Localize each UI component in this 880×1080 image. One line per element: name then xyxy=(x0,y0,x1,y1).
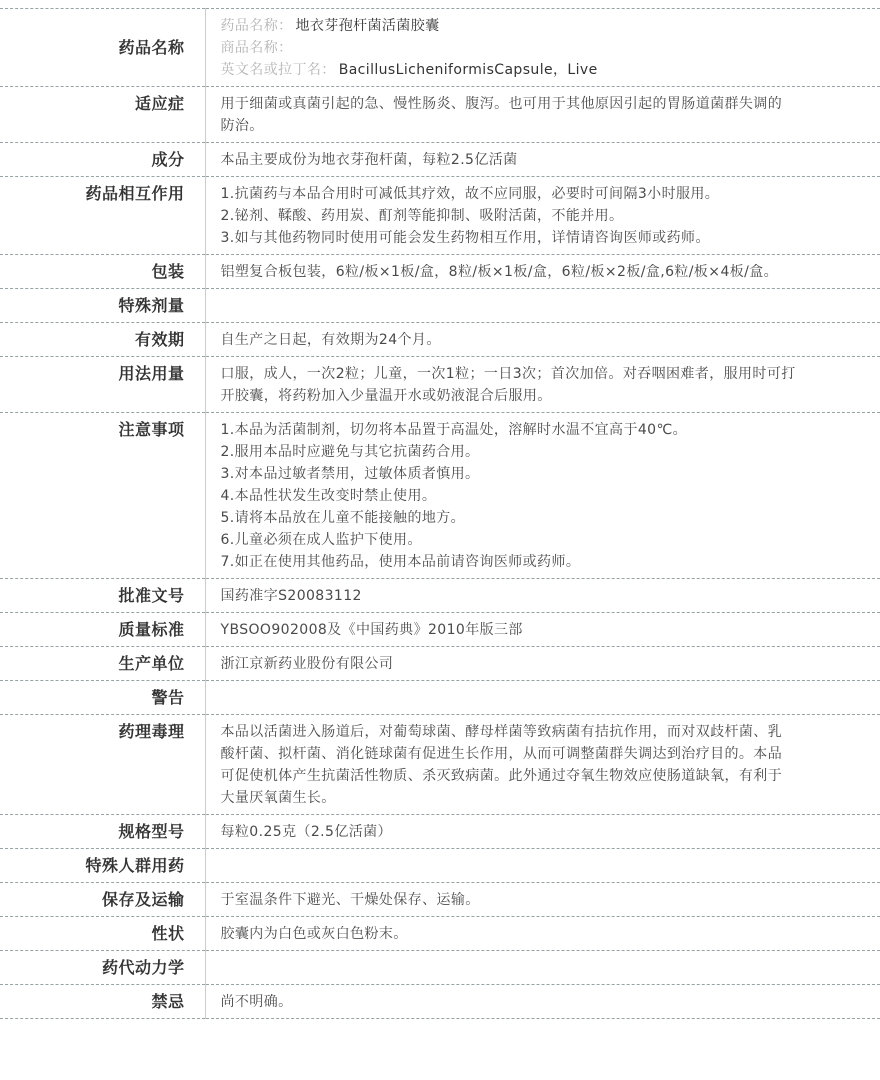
row-label: 特殊人群用药 xyxy=(0,849,205,883)
row-content: 1.本品为活菌制剂，切勿将本品置于高温处，溶解时水温不宜高于40℃。 2.服用本… xyxy=(205,413,880,579)
trade-name-field: 商品名称： xyxy=(221,37,797,59)
row-label: 质量标准 xyxy=(0,613,205,647)
table-row-packaging: 包装 铝塑复合板包装，6粒/板×1板/盒，8粒/板×1板/盒，6粒/板×2板/盒… xyxy=(0,255,880,289)
row-content: YBSOO902008及《中国药典》2010年版三部 xyxy=(205,613,880,647)
table-row-special-populations: 特殊人群用药 xyxy=(0,849,880,883)
table-row-interactions: 药品相互作用 1.抗菌药与本品合用时可减低其疗效，故不应同服，必要时可间隔3小时… xyxy=(0,177,880,255)
row-content: 1.抗菌药与本品合用时可减低其疗效，故不应同服，必要时可间隔3小时服用。 2.铋… xyxy=(205,177,880,255)
table-row-pharmacology-toxicology: 药理毒理 本品以活菌进入肠道后，对葡萄球菌、酵母样菌等致病菌有拮抗作用，而对双歧… xyxy=(0,715,880,815)
drug-info-table: 药品名称 药品名称：地衣芽孢杆菌活菌胶囊 商品名称： 英文名或拉丁名：Bacil… xyxy=(0,8,880,1019)
row-label: 适应症 xyxy=(0,87,205,143)
row-label: 生产单位 xyxy=(0,647,205,681)
row-label: 包装 xyxy=(0,255,205,289)
field-label: 商品名称： xyxy=(221,40,293,56)
field-value: 地衣芽孢杆菌活菌胶囊 xyxy=(296,18,440,34)
row-label: 规格型号 xyxy=(0,815,205,849)
table-row-quality-standard: 质量标准 YBSOO902008及《中国药典》2010年版三部 xyxy=(0,613,880,647)
row-label: 警告 xyxy=(0,681,205,715)
field-value: BacillusLicheniformisCapsule，Live xyxy=(339,62,598,78)
row-label: 成分 xyxy=(0,143,205,177)
row-content: 国药准字S20083112 xyxy=(205,579,880,613)
drug-name-row: 药品名称 药品名称：地衣芽孢杆菌活菌胶囊 商品名称： 英文名或拉丁名：Bacil… xyxy=(0,9,880,87)
table-row-special-dosage: 特殊剂量 xyxy=(0,289,880,323)
row-label: 注意事项 xyxy=(0,413,205,579)
table-row-shelf-life: 有效期 自生产之日起，有效期为24个月。 xyxy=(0,323,880,357)
table-row-specification: 规格型号 每粒0.25克（2.5亿活菌） xyxy=(0,815,880,849)
row-content: 口服，成人，一次2粒；儿童，一次1粒；一日3次；首次加倍。对吞咽困难者，服用时可… xyxy=(205,357,880,413)
table-row-dosage-usage: 用法用量 口服，成人，一次2粒；儿童，一次1粒；一日3次；首次加倍。对吞咽困难者… xyxy=(0,357,880,413)
row-label: 药品相互作用 xyxy=(0,177,205,255)
row-label: 特殊剂量 xyxy=(0,289,205,323)
row-label: 保存及运输 xyxy=(0,883,205,917)
row-content: 自生产之日起，有效期为24个月。 xyxy=(205,323,880,357)
field-label: 英文名或拉丁名： xyxy=(221,62,336,78)
row-content: 尚不明确。 xyxy=(205,985,880,1019)
table-row-storage-transport: 保存及运输 于室温条件下避光、干燥处保存、运输。 xyxy=(0,883,880,917)
row-label: 批准文号 xyxy=(0,579,205,613)
row-content: 胶囊内为白色或灰白色粉末。 xyxy=(205,917,880,951)
english-name-field: 英文名或拉丁名：BacillusLicheniformisCapsule，Liv… xyxy=(221,59,797,81)
table-row-warning: 警告 xyxy=(0,681,880,715)
row-label: 药代动力学 xyxy=(0,951,205,985)
drug-name-field: 药品名称：地衣芽孢杆菌活菌胶囊 xyxy=(221,15,797,37)
row-content: 药品名称：地衣芽孢杆菌活菌胶囊 商品名称： 英文名或拉丁名：BacillusLi… xyxy=(205,9,880,87)
row-label: 药理毒理 xyxy=(0,715,205,815)
row-content: 本品主要成份为地衣芽孢杆菌，每粒2.5亿活菌 xyxy=(205,143,880,177)
row-content xyxy=(205,681,880,715)
row-label: 药品名称 xyxy=(0,9,205,87)
table-row-ingredients: 成分 本品主要成份为地衣芽孢杆菌，每粒2.5亿活菌 xyxy=(0,143,880,177)
drug-info-page: 药品名称 药品名称：地衣芽孢杆菌活菌胶囊 商品名称： 英文名或拉丁名：Bacil… xyxy=(0,0,880,1080)
table-row-precautions: 注意事项 1.本品为活菌制剂，切勿将本品置于高温处，溶解时水温不宜高于40℃。 … xyxy=(0,413,880,579)
row-label: 有效期 xyxy=(0,323,205,357)
table-row-contraindications: 禁忌 尚不明确。 xyxy=(0,985,880,1019)
row-content: 于室温条件下避光、干燥处保存、运输。 xyxy=(205,883,880,917)
row-content: 本品以活菌进入肠道后，对葡萄球菌、酵母样菌等致病菌有拮抗作用，而对双歧杆菌、乳酸… xyxy=(205,715,880,815)
row-content xyxy=(205,849,880,883)
field-label: 药品名称： xyxy=(221,18,293,34)
row-content: 浙江京新药业股份有限公司 xyxy=(205,647,880,681)
row-label: 用法用量 xyxy=(0,357,205,413)
table-row-manufacturer: 生产单位 浙江京新药业股份有限公司 xyxy=(0,647,880,681)
table-row-approval-number: 批准文号 国药准字S20083112 xyxy=(0,579,880,613)
row-content xyxy=(205,289,880,323)
table-row-appearance: 性状 胶囊内为白色或灰白色粉末。 xyxy=(0,917,880,951)
table-row-indications: 适应症 用于细菌或真菌引起的急、慢性肠炎、腹泻。也可用于其他原因引起的胃肠道菌群… xyxy=(0,87,880,143)
row-label: 禁忌 xyxy=(0,985,205,1019)
row-content: 每粒0.25克（2.5亿活菌） xyxy=(205,815,880,849)
table-row-pharmacokinetics: 药代动力学 xyxy=(0,951,880,985)
row-content: 铝塑复合板包装，6粒/板×1板/盒，8粒/板×1板/盒，6粒/板×2板/盒,6粒… xyxy=(205,255,880,289)
row-content xyxy=(205,951,880,985)
row-content: 用于细菌或真菌引起的急、慢性肠炎、腹泻。也可用于其他原因引起的胃肠道菌群失调的防… xyxy=(205,87,880,143)
row-label: 性状 xyxy=(0,917,205,951)
